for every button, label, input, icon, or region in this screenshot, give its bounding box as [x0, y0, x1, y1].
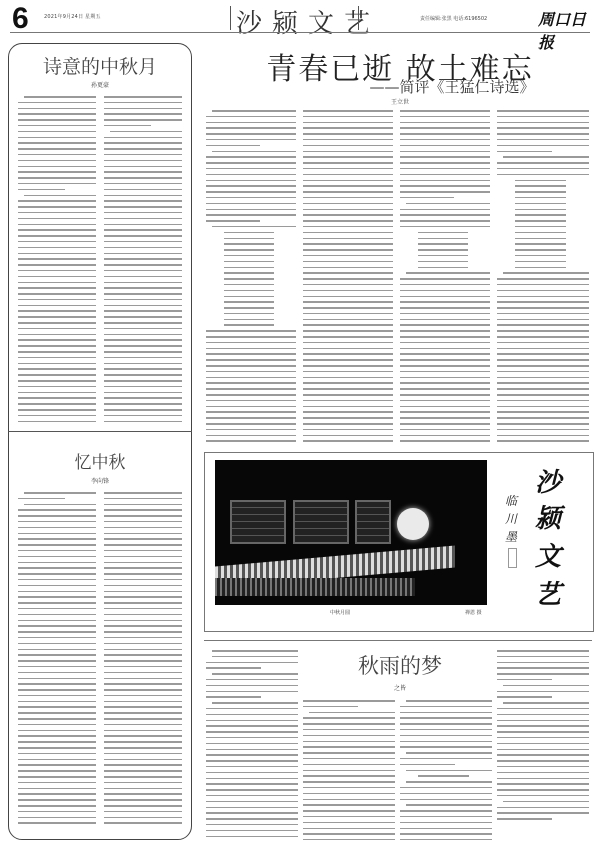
article-body-youth-gone-col1 — [206, 110, 296, 442]
title-divider-right — [358, 6, 359, 30]
photo-credit: 禅恩 摄 — [465, 609, 482, 616]
byline-youth-gone: 王立世 — [206, 97, 594, 106]
article-body-autumn-rain-dream-col3 — [400, 700, 492, 840]
header-rule — [10, 32, 590, 33]
calligraphy-signature-char: 川 — [505, 510, 517, 527]
article-body-youth-gone-col2 — [303, 110, 393, 442]
calligraphy-char: 文 — [535, 536, 561, 573]
page-header: 6 2021年9月24日 星期五 沙颍文艺 责任编辑:张黑 电话:6196502… — [0, 0, 600, 34]
byline-remember-mid-autumn: 李向锋 — [10, 476, 190, 485]
seal-stamp-icon — [508, 548, 517, 568]
calligraphy-char: 艺 — [535, 574, 561, 611]
mid-autumn-moon-photo — [215, 460, 487, 605]
article-body-youth-gone-col4 — [497, 110, 589, 442]
article-title-poetic-mid-autumn: 诗意的中秋月 — [10, 52, 190, 79]
page-number: 6 — [12, 2, 29, 36]
lattice-window — [230, 500, 286, 544]
article-subtitle-youth-gone: ——简评《王猛仁诗选》 — [310, 76, 594, 97]
lattice-window — [355, 500, 391, 544]
left-column-divider — [8, 431, 192, 432]
byline-autumn-rain-dream: 之皆 — [300, 683, 500, 692]
roof-tiles — [215, 578, 415, 596]
full-moon — [397, 508, 429, 540]
calligraphy-section-title: 沙 颍 文 艺 临 川 墨 — [500, 462, 580, 612]
article-body-autumn-rain-dream-col2 — [303, 700, 395, 840]
article-body-poetic-mid-autumn-col2 — [104, 96, 182, 426]
editor-info: 责任编辑:张黑 电话:6196502 — [420, 15, 487, 22]
article-body-youth-gone-col3 — [400, 110, 490, 442]
bottom-section-divider — [204, 640, 592, 641]
issue-date: 2021年9月24日 星期五 — [44, 13, 101, 20]
title-divider-left — [230, 6, 231, 30]
photo-caption: 中秋月圆 — [330, 609, 350, 616]
calligraphy-char: 颍 — [535, 498, 561, 535]
article-body-poetic-mid-autumn-col1 — [18, 96, 96, 426]
lattice-window — [293, 500, 349, 544]
byline-poetic-mid-autumn: 孙更豪 — [10, 80, 190, 89]
calligraphy-signature-char: 墨 — [505, 528, 517, 545]
calligraphy-char: 沙 — [535, 462, 561, 499]
article-body-remember-mid-autumn-col1 — [18, 492, 96, 827]
calligraphy-signature-char: 临 — [505, 492, 517, 509]
article-body-autumn-rain-dream-col1 — [206, 650, 298, 840]
article-title-autumn-rain-dream: 秋雨的梦 — [300, 650, 500, 680]
article-body-remember-mid-autumn-col2 — [104, 492, 182, 827]
article-title-remember-mid-autumn: 忆中秋 — [10, 448, 190, 473]
article-body-autumn-rain-dream-col4 — [497, 650, 589, 840]
